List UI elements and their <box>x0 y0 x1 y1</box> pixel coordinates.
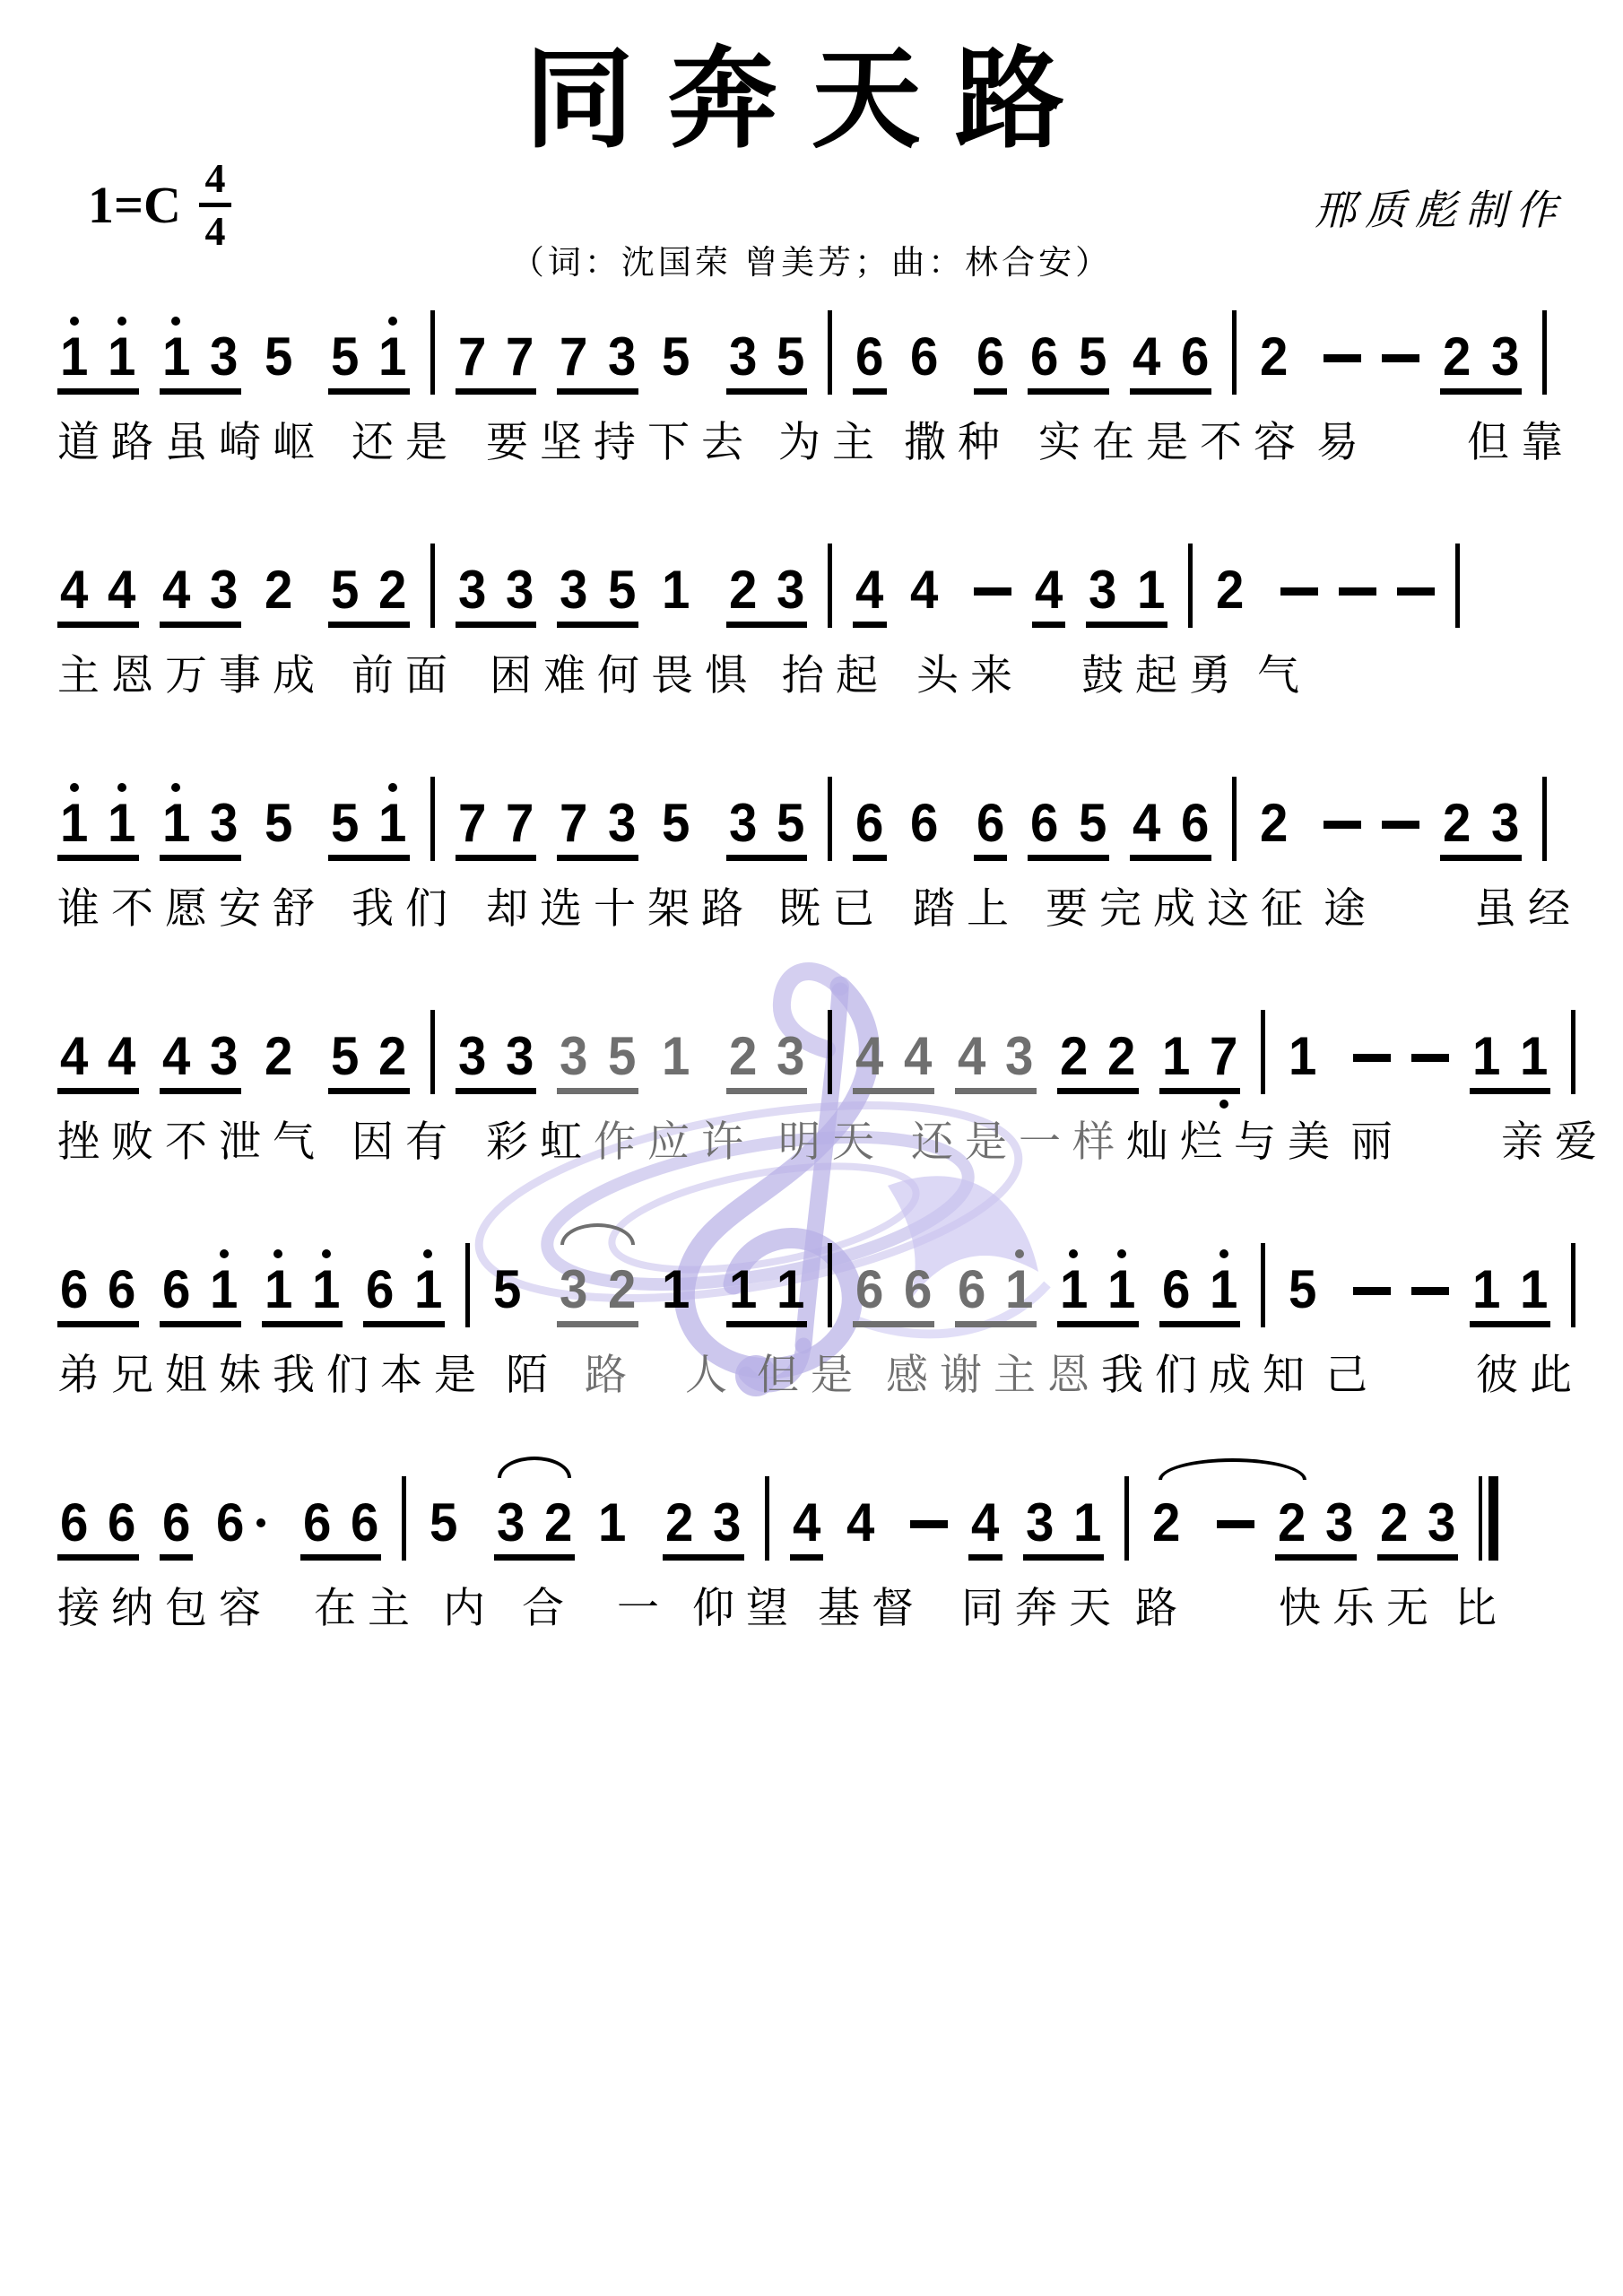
note-group: 11 <box>1470 1245 1551 1327</box>
note: 4 <box>161 1012 191 1083</box>
note-digit: 2 <box>729 563 757 617</box>
note-group: 61 <box>160 1245 241 1327</box>
note: 1 <box>107 778 136 850</box>
note: 3 <box>607 778 637 850</box>
note: 3 <box>559 1012 588 1083</box>
note-group: 22 <box>1057 1012 1139 1094</box>
note-digit: 5 <box>265 796 292 850</box>
note: 7 <box>457 312 487 384</box>
note: 6 <box>855 312 884 384</box>
note-group: 23 <box>1440 778 1522 861</box>
note-digit: 4 <box>1133 796 1160 850</box>
note-group: 46 <box>1130 312 1211 395</box>
note: 6 <box>107 1478 136 1550</box>
note-group: 2 <box>1257 778 1290 861</box>
note: 4 <box>59 1012 89 1083</box>
note: 3 <box>712 1478 742 1550</box>
octave-dot-high <box>273 1249 282 1258</box>
system-2: 44432523335123444312主恩万事成前面困难何畏惧抬起头来鼓起勇气 <box>57 544 1587 700</box>
lyric-segment: 要完成这征 <box>1046 884 1315 933</box>
note-group: 1 <box>659 1012 692 1094</box>
note-group: 44 <box>57 1012 139 1094</box>
note: 1 <box>1072 1478 1102 1550</box>
note-group: 23 <box>726 545 808 628</box>
note-group: 2 <box>1257 312 1290 395</box>
note-digit: 5 <box>1289 1263 1316 1317</box>
note: 2 <box>728 545 758 617</box>
note: 2 <box>1379 1478 1409 1550</box>
notes-row: 4443252333512344432217111 <box>57 1010 1587 1094</box>
lyric-spacer <box>326 884 352 885</box>
note-digit: 3 <box>560 1030 587 1083</box>
barline <box>430 310 435 395</box>
note-group: 6 <box>160 1478 193 1561</box>
note: 6 <box>107 1245 136 1317</box>
note-group: 43 <box>955 1012 1037 1094</box>
note: 1 <box>661 1012 690 1083</box>
note-digit: 2 <box>378 563 406 617</box>
note: 3 <box>1088 545 1117 617</box>
octave-dot-high <box>322 1249 331 1258</box>
octave-dot-high <box>70 783 79 792</box>
lyric-segment: 彼此 <box>1476 1351 1584 1399</box>
lyric-segment: 内 <box>443 1584 497 1632</box>
note-digit: 6 <box>910 796 938 850</box>
note-group: 11 <box>57 312 139 395</box>
lyric-spacer <box>326 418 352 419</box>
note-group: 5 <box>262 778 295 861</box>
note: 5 <box>330 1012 360 1083</box>
barline <box>828 777 832 861</box>
note-group: 65 <box>1028 312 1109 395</box>
note-digit: 3 <box>210 796 238 850</box>
note: 3 <box>496 1478 525 1550</box>
lyric-segment: 灿烂与美 <box>1126 1118 1341 1166</box>
barline <box>828 1243 832 1327</box>
note-group: 52 <box>328 1012 410 1094</box>
note-digit: 2 <box>1260 796 1288 850</box>
note-group: 35 <box>726 312 808 395</box>
note: 3 <box>776 545 805 617</box>
note: 6 <box>161 1245 191 1317</box>
note-group: 5 <box>490 1245 524 1327</box>
lyrics-row: 弟兄姐妹我们本是陌路人但是感谢主恩我们成知己彼此 <box>57 1351 1587 1399</box>
lyric-spacer <box>1377 884 1474 885</box>
lyrics-row: 主恩万事成前面困难何畏惧抬起头来鼓起勇气 <box>57 651 1587 700</box>
note-digit: 5 <box>331 1030 359 1083</box>
note-group: 6 <box>974 778 1007 861</box>
system-6: 6666665321234443122323接纳包容在主内合一仰望基督同奔天路快… <box>57 1476 1587 1632</box>
note: 3 <box>776 1012 805 1083</box>
lyric-spacer <box>1341 1118 1350 1118</box>
note-group: 2 <box>262 1012 295 1094</box>
note-group: 11 <box>726 1245 808 1327</box>
note: 1 <box>161 312 191 384</box>
note-digit: 4 <box>971 1496 999 1550</box>
note: 3 <box>209 1012 239 1083</box>
sheet-music-page: 同奔天路 1=C 4 4 邢质彪制作 （词：沈国荣 曾美芳；曲：林合安） 111… <box>0 0 1623 2296</box>
barline <box>402 1476 406 1561</box>
note: 6 <box>350 1478 379 1550</box>
note: 1 <box>209 1245 239 1317</box>
note: 1 <box>378 778 407 850</box>
note: 2 <box>664 1478 694 1550</box>
note-digit: 5 <box>331 796 359 850</box>
note-group: 5 <box>427 1478 460 1561</box>
note-digit: 6 <box>1181 796 1209 850</box>
note-digit: 4 <box>162 563 190 617</box>
note: 2 <box>607 1245 637 1317</box>
note-group: 66 <box>57 1245 139 1327</box>
system-1: 111355177735356666546223道路虽崎岖还是要坚持下去为主撒种… <box>57 310 1587 466</box>
note-group: 13 <box>160 778 241 861</box>
note: 4 <box>161 545 191 617</box>
note: 4 <box>846 1478 875 1550</box>
note-digit: 1 <box>60 796 88 850</box>
note: 4 <box>1132 778 1161 850</box>
note-digit: 1 <box>414 1263 442 1317</box>
lyric-segment: 鼓起勇 <box>1081 651 1243 700</box>
note-digit: 6 <box>351 1496 378 1550</box>
lyric-spacer <box>886 884 913 885</box>
note: 5 <box>330 545 360 617</box>
lyric-spacer <box>925 1584 961 1585</box>
lyric-segment: 还是 <box>352 418 459 466</box>
note-group: 6 <box>853 312 886 395</box>
note-group: 44 <box>57 545 139 628</box>
lyrics-row: 接纳包容在主内合一仰望基督同奔天路快乐无比 <box>57 1584 1587 1632</box>
note-group: 6 <box>907 312 941 395</box>
note-digit: 3 <box>1491 330 1519 384</box>
lyric-segment: 路 <box>585 1351 638 1399</box>
note: 5 <box>330 778 360 850</box>
note-digit: 4 <box>60 563 88 617</box>
lyric-spacer <box>1440 1584 1454 1585</box>
note-digit: 1 <box>729 1263 757 1317</box>
lyric-spacer <box>1370 418 1467 419</box>
note: 7 <box>505 312 534 384</box>
note: 6 <box>161 1478 191 1550</box>
note-digit: 1 <box>1073 1496 1101 1550</box>
note-digit: 1 <box>662 1263 690 1317</box>
lyric-spacer <box>497 1584 522 1585</box>
note: 4 <box>107 1012 136 1083</box>
lyrics-row: 挫败不泄气因有彩虹作应许明天还是一样灿烂与美丽亲爱 <box>57 1118 1587 1166</box>
note-group: 1 <box>659 545 692 628</box>
duration-dash <box>1353 1054 1391 1062</box>
notes-row: 44432523335123444312 <box>57 544 1587 628</box>
lyric-spacer <box>488 1351 506 1352</box>
barline <box>828 544 832 628</box>
note-digit: 1 <box>210 1263 238 1317</box>
lyric-segment: 道路虽崎岖 <box>57 418 326 466</box>
note-digit: 1 <box>378 330 406 384</box>
note: 5 <box>492 1245 522 1317</box>
note-digit: 3 <box>560 1263 587 1317</box>
barline <box>1542 310 1547 395</box>
note-digit: 2 <box>1278 1496 1306 1550</box>
lyric-spacer <box>886 418 904 419</box>
note-group: 6 <box>213 1478 266 1561</box>
lyric-spacer <box>755 884 778 885</box>
note-group: 11 <box>57 778 139 861</box>
note: 1 <box>107 312 136 384</box>
lyric-spacer <box>326 1118 352 1118</box>
lyric-spacer <box>1307 418 1316 419</box>
note-group: 73 <box>557 312 638 395</box>
lyric-segment: 因有 <box>352 1118 459 1166</box>
note-digit: 7 <box>1210 1030 1237 1083</box>
note-group: 4 <box>1032 545 1065 628</box>
note: 3 <box>1490 778 1520 850</box>
note-group: 23 <box>663 1478 744 1561</box>
note: 6 <box>903 1245 933 1317</box>
lyric-segment: 困难何畏惧 <box>490 651 759 700</box>
note-digit: 4 <box>162 1030 190 1083</box>
note-digit: 6 <box>60 1263 88 1317</box>
note: 3 <box>209 545 239 617</box>
note-digit: 4 <box>793 1496 820 1550</box>
note-group: 2 <box>1150 1478 1183 1561</box>
note: 3 <box>728 312 758 384</box>
note-digit: 6 <box>162 1496 190 1550</box>
note-digit: 3 <box>506 1030 534 1083</box>
note-digit: 5 <box>608 563 636 617</box>
octave-dot-high <box>1069 1249 1078 1258</box>
note-digit: 1 <box>312 1263 340 1317</box>
note-digit: 5 <box>331 330 359 384</box>
note-group: 33 <box>456 545 537 628</box>
note: 2 <box>1107 1012 1136 1083</box>
note-digit: 6 <box>1162 1263 1190 1317</box>
note-group: 1 <box>659 1245 692 1327</box>
lyric-spacer <box>1123 1584 1135 1585</box>
lyric-segment: 路 <box>1135 1584 1189 1632</box>
note-digit: 4 <box>846 1496 874 1550</box>
note-digit: 1 <box>108 796 135 850</box>
note-digit: 5 <box>1079 796 1107 850</box>
barline <box>430 1010 435 1094</box>
note-group: 11 <box>1057 1245 1139 1327</box>
note-digit: 5 <box>777 330 804 384</box>
note: 7 <box>457 778 487 850</box>
note: 2 <box>378 545 407 617</box>
note-digit: 1 <box>662 1030 690 1083</box>
note-group: 35 <box>557 545 638 628</box>
duration-dash <box>1353 1287 1391 1295</box>
tie-arc-span: 223 <box>1150 1478 1356 1561</box>
note: 1 <box>311 1245 341 1317</box>
note: 6 <box>976 312 1005 384</box>
note: 5 <box>429 1478 458 1550</box>
barline <box>430 777 435 861</box>
note: 3 <box>607 312 637 384</box>
note: 2 <box>1059 1012 1089 1083</box>
note-digit: 1 <box>1520 1263 1548 1317</box>
note-group: 6 <box>907 778 941 861</box>
note-group: 11 <box>1470 1012 1551 1094</box>
note-group: 65 <box>1028 778 1109 861</box>
lyric-spacer <box>755 418 778 419</box>
note-digit: 6 <box>904 1263 932 1317</box>
note-digit: 2 <box>1380 1496 1408 1550</box>
note-digit: 2 <box>665 1496 693 1550</box>
note-digit: 3 <box>777 1030 804 1083</box>
note-digit: 1 <box>1162 1030 1190 1083</box>
note-digit: 6 <box>216 1496 244 1550</box>
note-digit: 1 <box>265 1263 292 1317</box>
note-digit: 2 <box>265 563 292 617</box>
note: 4 <box>957 1012 986 1083</box>
note: 1 <box>1209 1245 1238 1317</box>
octave-dot-high <box>171 783 180 792</box>
notes-row: 111355177735356666546223 <box>57 777 1587 861</box>
note: 2 <box>1442 778 1471 850</box>
note: 4 <box>1034 545 1063 617</box>
barline <box>1232 310 1237 395</box>
note: 5 <box>776 778 805 850</box>
barline <box>1455 544 1460 628</box>
note: 1 <box>1059 1245 1089 1317</box>
note-digit: 4 <box>1035 563 1063 617</box>
note-digit: 6 <box>1030 796 1058 850</box>
note-digit: 4 <box>1133 330 1160 384</box>
octave-dot-high <box>1015 1249 1024 1258</box>
lyric-spacer <box>1024 651 1081 652</box>
duration-dash <box>1411 1287 1449 1295</box>
note: 1 <box>1136 545 1166 617</box>
note-digit: 5 <box>662 796 690 850</box>
note: 6 <box>1029 778 1059 850</box>
note-digit: 2 <box>544 1496 572 1550</box>
note: 6 <box>855 1245 884 1317</box>
note-digit: 3 <box>1325 1496 1353 1550</box>
lyric-segment: 前面 <box>352 651 459 700</box>
lyric-segment: 作应许 <box>594 1118 755 1166</box>
note: 3 <box>1490 312 1520 384</box>
note-group: 5 <box>659 312 692 395</box>
note-group: 11 <box>262 1245 343 1327</box>
note-digit: 3 <box>458 1030 486 1083</box>
note-digit: 3 <box>1005 1030 1033 1083</box>
notes-row: 111355177735356666546223 <box>57 310 1587 395</box>
note: 3 <box>1324 1478 1354 1550</box>
duration-dash <box>1280 587 1318 596</box>
note-group: 17 <box>1159 1012 1241 1094</box>
note-digit: 4 <box>108 1030 135 1083</box>
lyric-spacer <box>886 1118 911 1118</box>
barline <box>765 1476 769 1561</box>
system-3: 111355177735356666546223谁不愿安舒我们却选十架路既已踏上… <box>57 777 1587 933</box>
lyric-segment: 虽经 <box>1474 884 1582 933</box>
note-digit: 3 <box>777 563 804 617</box>
note: 5 <box>661 312 690 384</box>
note: 2 <box>1259 778 1289 850</box>
note-group: 32 <box>557 1245 638 1327</box>
note-digit: 1 <box>60 330 88 384</box>
final-barline <box>1479 1476 1498 1561</box>
lyric-segment: 实在是不容 <box>1038 418 1307 466</box>
lyric-segment: 合 <box>522 1584 576 1632</box>
note: 5 <box>607 545 637 617</box>
note-group: 44 <box>853 1012 934 1094</box>
lyric-spacer <box>273 1584 314 1585</box>
note-digit: 2 <box>1152 1496 1180 1550</box>
note: 1 <box>59 778 89 850</box>
note: 6 <box>909 312 939 384</box>
note: 1 <box>1161 1012 1191 1083</box>
note-digit: 6 <box>958 1263 985 1317</box>
note: 6 <box>59 1478 89 1550</box>
note-digit: 1 <box>777 1263 804 1317</box>
note: 3 <box>559 1245 588 1317</box>
lyric-segment: 头来 <box>916 651 1024 700</box>
note: 1 <box>1288 1012 1317 1083</box>
lyric-segment: 彩虹 <box>486 1118 594 1166</box>
note: 3 <box>209 778 239 850</box>
note-digit: 1 <box>1107 1263 1135 1317</box>
lyric-segment: 接纳包容 <box>57 1584 273 1632</box>
note-digit: 4 <box>910 563 938 617</box>
lyric-segment: 同奔天 <box>961 1584 1123 1632</box>
note-digit: 3 <box>608 796 636 850</box>
barline-thick <box>1488 1476 1498 1561</box>
note-digit: 5 <box>430 1496 457 1550</box>
notes-row: 6661116153211166611161511 <box>57 1243 1587 1327</box>
note-group: 35 <box>726 778 808 861</box>
note-digit: 3 <box>1026 1496 1054 1550</box>
note-group: 66 <box>853 1245 934 1327</box>
note: 6 <box>59 1245 89 1317</box>
lyric-spacer <box>560 1351 585 1352</box>
note: 4 <box>1132 312 1161 384</box>
note: 6 <box>855 778 884 850</box>
note: 2 <box>1277 1478 1306 1550</box>
note: 3 <box>505 1012 534 1083</box>
note: 4 <box>909 545 939 617</box>
note-digit: 1 <box>1472 1263 1500 1317</box>
lyric-segment: 途 <box>1324 884 1377 933</box>
note: 5 <box>264 312 293 384</box>
note: 5 <box>1288 1245 1317 1317</box>
note: 1 <box>1004 1245 1034 1317</box>
note-group: 43 <box>160 1012 241 1094</box>
note-digit: 4 <box>855 1030 883 1083</box>
note-digit: 6 <box>1181 330 1209 384</box>
note-group: 33 <box>456 1012 537 1094</box>
note: 1 <box>1519 1012 1549 1083</box>
barline <box>1124 1476 1129 1561</box>
octave-dot-low <box>1219 1100 1228 1109</box>
note-group: 5 <box>659 778 692 861</box>
note-digit: 2 <box>1216 563 1244 617</box>
duration-dash <box>1397 587 1435 596</box>
note-digit: 2 <box>1260 330 1288 384</box>
note-digit: 4 <box>855 563 883 617</box>
note-group: 4 <box>907 545 941 628</box>
lyric-spacer <box>800 1584 818 1585</box>
lyric-spacer <box>576 1584 617 1585</box>
note-digit: 5 <box>493 1263 521 1317</box>
note: 3 <box>505 545 534 617</box>
note-digit: 6 <box>162 1263 190 1317</box>
lyric-segment: 明天 <box>778 1118 886 1166</box>
note: 6 <box>215 1478 265 1550</box>
note: 3 <box>209 312 239 384</box>
note-digit: 7 <box>506 330 534 384</box>
lyric-segment: 撒种 <box>904 418 1011 466</box>
note-digit: 1 <box>662 563 690 617</box>
